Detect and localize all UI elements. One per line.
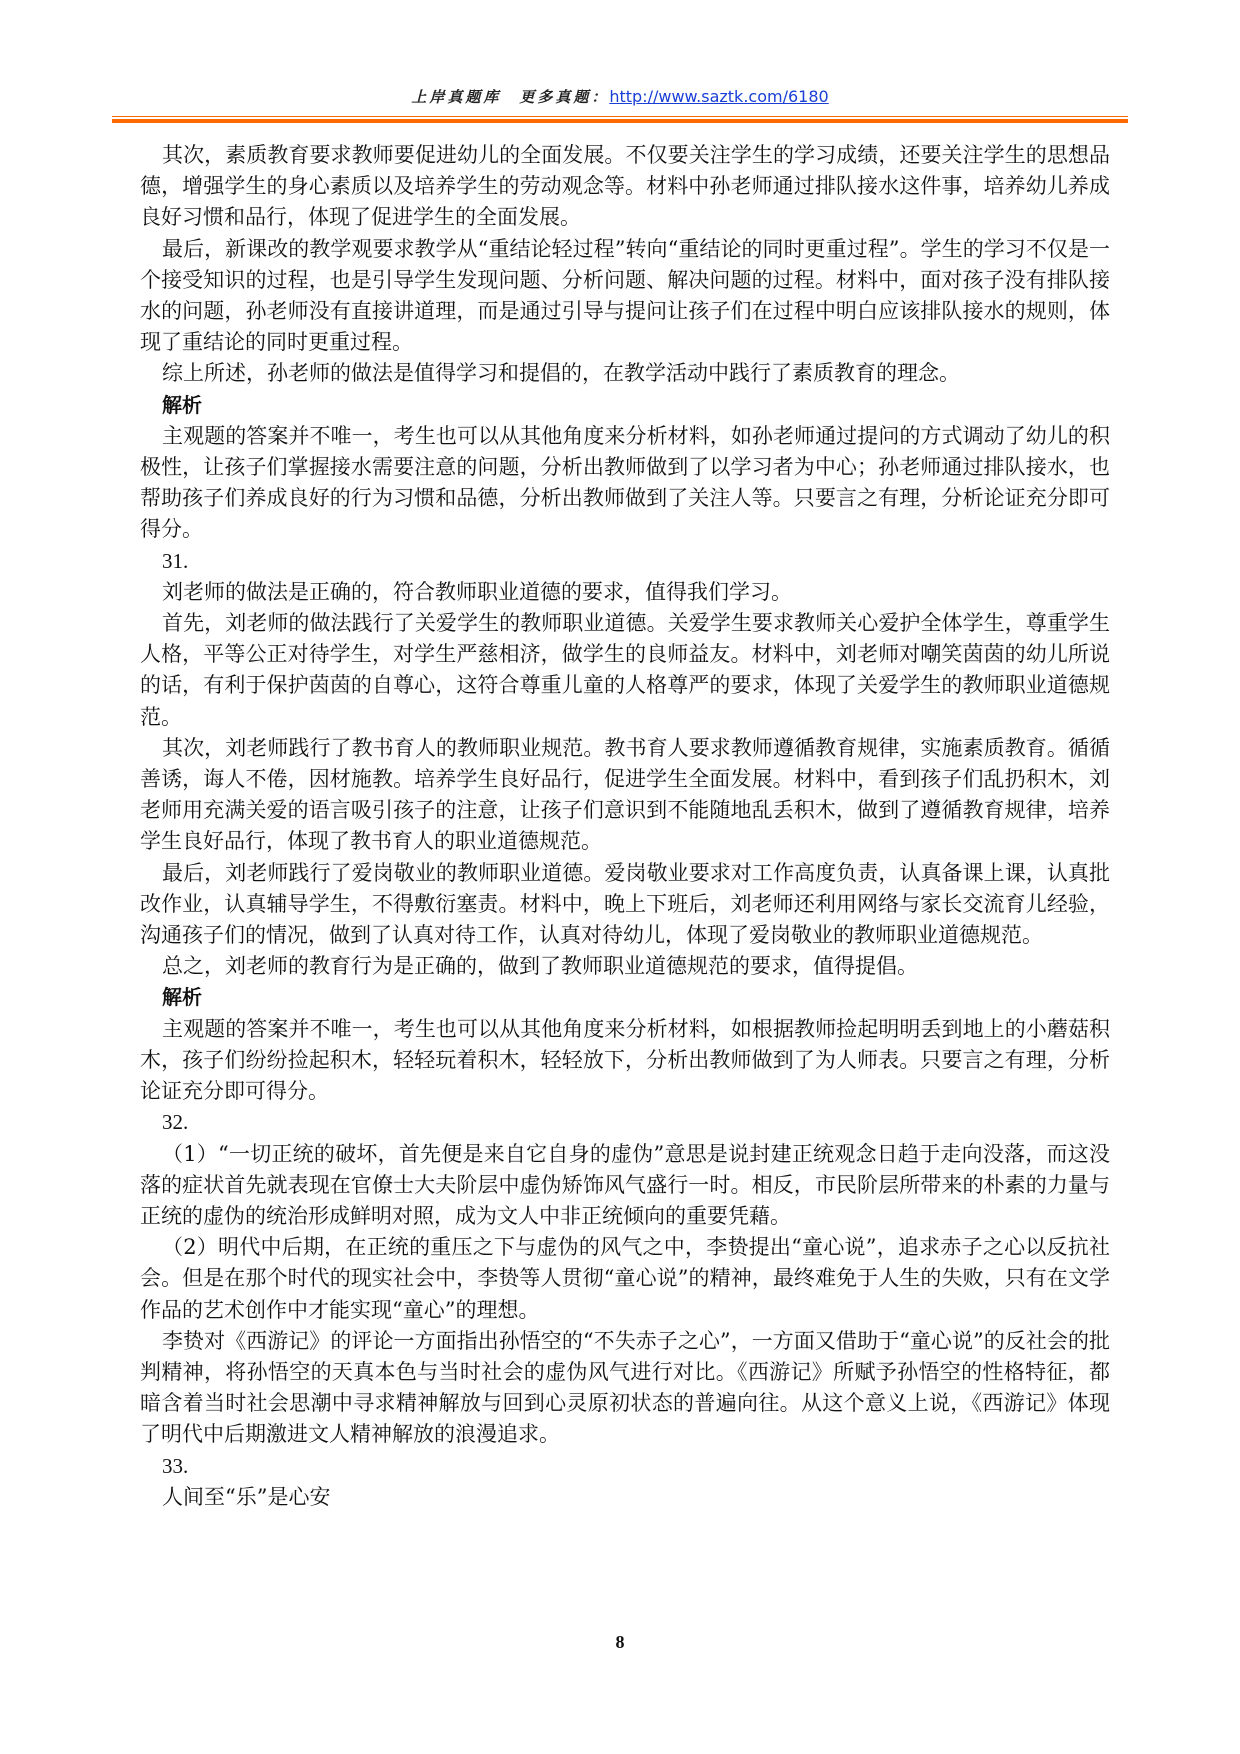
analysis-label: 解析 bbox=[140, 390, 1110, 421]
paragraph: 其次，刘老师践行了教书育人的教师职业规范。教书育人要求教师遵循教育规律，实施素质… bbox=[140, 733, 1110, 858]
paragraph: 主观题的答案并不唯一，考生也可以从其他角度来分析材料，如孙老师通过提问的方式调动… bbox=[140, 421, 1110, 546]
question-number: 33. bbox=[140, 1451, 1110, 1482]
header-rule-thin bbox=[112, 116, 1128, 117]
page-header: 上岸真题库更多真题：http://www.saztk.com/6180 bbox=[112, 86, 1128, 108]
page-number: 8 bbox=[0, 1632, 1240, 1653]
document-body: 其次，素质教育要求教师要促进幼儿的全面发展。不仅要关注学生的学习成绩，还要关注学… bbox=[140, 140, 1110, 1513]
paragraph: （2）明代中后期，在正统的重压之下与虚伪的风气之中，李贽提出“童心说”，追求赤子… bbox=[140, 1232, 1110, 1326]
paragraph: 最后，新课改的教学观要求教学从“重结论轻过程”转向“重结论的同时更重过程”。学生… bbox=[140, 234, 1110, 359]
paragraph: 其次，素质教育要求教师要促进幼儿的全面发展。不仅要关注学生的学习成绩，还要关注学… bbox=[140, 140, 1110, 234]
paragraph: 李贽对《西游记》的评论一方面指出孙悟空的“不失赤子之心”，一方面又借助于“童心说… bbox=[140, 1326, 1110, 1451]
paragraph: 人间至“乐”是心安 bbox=[140, 1482, 1110, 1513]
header-more-label: 更多真题： bbox=[519, 88, 609, 106]
question-number: 31. bbox=[140, 546, 1110, 577]
header-rule-thick bbox=[112, 119, 1128, 123]
paragraph: （1）“一切正统的破坏，首先便是来自它自身的虚伪”意思是说封建正统观念日趋于走向… bbox=[140, 1139, 1110, 1233]
question-number: 32. bbox=[140, 1107, 1110, 1138]
analysis-label: 解析 bbox=[140, 982, 1110, 1013]
header-brand: 上岸真题库 bbox=[411, 88, 501, 106]
paragraph: 主观题的答案并不唯一，考生也可以从其他角度来分析材料，如根据教师捡起明明丢到地上… bbox=[140, 1014, 1110, 1108]
header-link[interactable]: http://www.saztk.com/6180 bbox=[609, 87, 828, 106]
paragraph: 首先，刘老师的做法践行了关爱学生的教师职业道德。关爱学生要求教师关心爱护全体学生… bbox=[140, 608, 1110, 733]
paragraph: 刘老师的做法是正确的，符合教师职业道德的要求，值得我们学习。 bbox=[140, 577, 1110, 608]
paragraph: 总之，刘老师的教育行为是正确的，做到了教师职业道德规范的要求，值得提倡。 bbox=[140, 951, 1110, 982]
paragraph: 综上所述，孙老师的做法是值得学习和提倡的，在教学活动中践行了素质教育的理念。 bbox=[140, 358, 1110, 389]
paragraph: 最后，刘老师践行了爱岗敬业的教师职业道德。爱岗敬业要求对工作高度负责，认真备课上… bbox=[140, 858, 1110, 952]
